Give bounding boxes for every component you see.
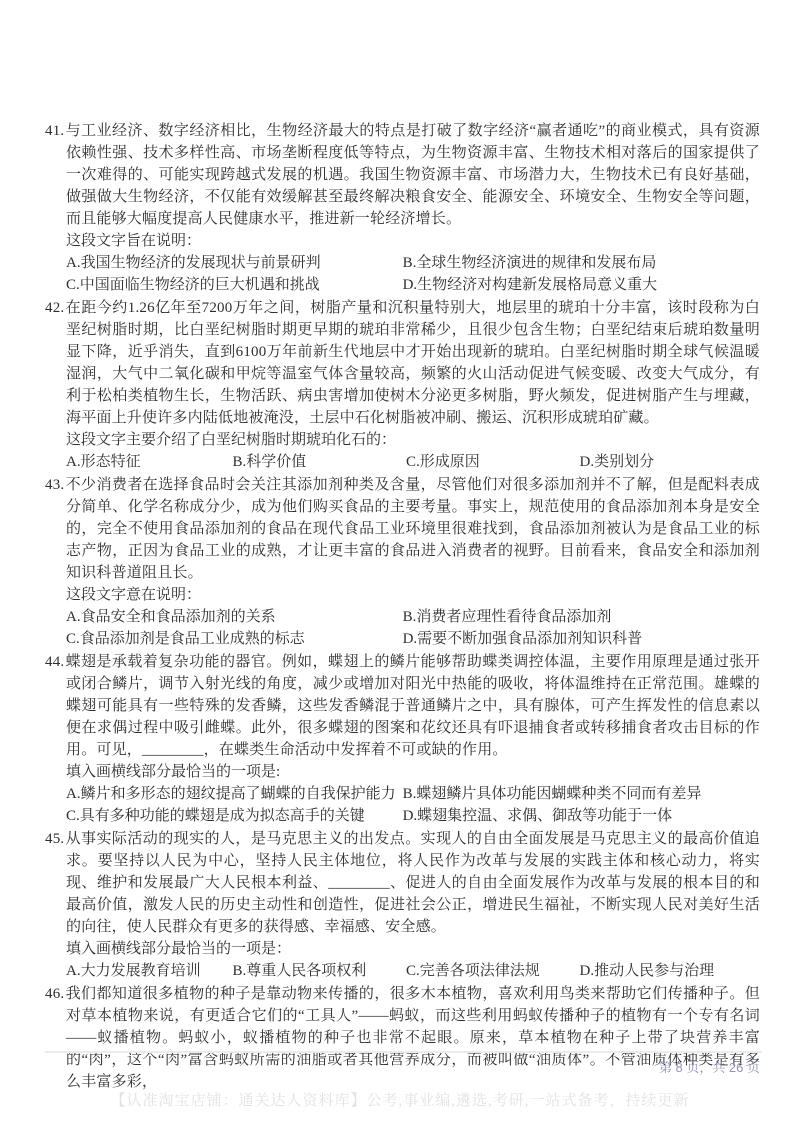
passage-text: 与工业经济、数字经济相比，生物经济最大的特点是打破了数字经济“赢者通吃”的商业模… (65, 123, 760, 227)
exam-page: 41.与工业经济、数字经济相比，生物经济最大的特点是打破了数字经济“赢者通吃”的… (0, 0, 800, 1132)
question-number: 42. (45, 300, 65, 316)
question-passage: 45.从事实际活动的现实的人，是马克思主义的出发点。实现人的自由全面发展是马克思… (45, 828, 760, 938)
option-d: D.类别划分 (580, 451, 760, 473)
option-a: A.食品安全和食品添加剂的关系 (66, 606, 403, 628)
option-d: D.需要不断加强食品添加剂知识科普 (403, 628, 760, 650)
passage-text: 在距今约1.26亿年至7200万年之间，树脂产量和沉积量特别大，地层里的琥珀十分… (65, 300, 760, 426)
options-list: A.鳞片和多形态的翅纹提高了蝴蝶的自我保护能力 B.蝶翅鳞片具体功能因蝴蝶种类不… (45, 783, 760, 827)
footer-divider (45, 1051, 762, 1053)
option-c: C.食品添加剂是食品工业成熟的标志 (66, 628, 403, 650)
question-number: 44. (45, 654, 65, 670)
option-c: C.具有多种功能的蝶翅是成为拟态高手的关键 (66, 805, 403, 827)
passage-text: 蝶翅是承载着复杂功能的器官。例如，蝶翅上的鳞片能够帮助蝶类调控体温，主要作用原理… (65, 654, 760, 758)
option-a: A.形态特征 (66, 451, 233, 473)
question-passage: 44.蝶翅是承载着复杂功能的器官。例如，蝶翅上的鳞片能够帮助蝶类调控体温，主要作… (45, 651, 760, 761)
watermark-text: 【认准淘宝店铺：通关达人资料库】公考,事业编,遴选,考研,一站式备考，持续更新 (0, 1089, 800, 1110)
question-43: 43.不少消费者在选择食品时会关注其添加剂种类及含量，尽管他们对很多添加剂并不了… (45, 474, 760, 650)
question-45: 45.从事实际活动的现实的人，是马克思主义的出发点。实现人的自由全面发展是马克思… (45, 828, 760, 982)
question-42: 42.在距今约1.26亿年至7200万年之间，树脂产量和沉积量特别大，地层里的琥… (45, 297, 760, 473)
page-indicator: 第 8 页，共 26 页 (659, 1059, 760, 1077)
questions-area: 41.与工业经济、数字经济相比，生物经济最大的特点是打破了数字经济“赢者通吃”的… (45, 120, 760, 1094)
question-prompt: 这段文字旨在说明： (45, 230, 760, 252)
question-passage: 43.不少消费者在选择食品时会关注其添加剂种类及含量，尽管他们对很多添加剂并不了… (45, 474, 760, 584)
option-b: B.全球生物经济演进的规律和发展布局 (403, 252, 760, 274)
question-passage: 46.我们都知道很多植物的种子是靠动物来传播的，很多木本植物，喜欢利用鸟类来帮助… (45, 983, 760, 1093)
option-a: A.大力发展教育培训 (66, 960, 233, 982)
question-41: 41.与工业经济、数字经济相比，生物经济最大的特点是打破了数字经济“赢者通吃”的… (45, 120, 760, 296)
options-list: A.食品安全和食品添加剂的关系 B.消费者应理性看待食品添加剂 C.食品添加剂是… (45, 606, 760, 650)
passage-text: 我们都知道很多植物的种子是靠动物来传播的，很多木本植物，喜欢利用鸟类来帮助它们传… (65, 986, 760, 1090)
question-prompt: 这段文字意在说明： (45, 584, 760, 606)
question-number: 46. (45, 986, 65, 1002)
question-number: 43. (45, 477, 65, 493)
option-b: B.科学价值 (233, 451, 407, 473)
option-a: A.鳞片和多形态的翅纹提高了蝴蝶的自我保护能力 (66, 783, 403, 805)
option-d: D.推动人民参与治理 (580, 960, 760, 982)
option-d: D.蝶翅集控温、求偶、御敌等功能于一体 (403, 805, 760, 827)
question-prompt: 填入画横线部分最恰当的一项是: (45, 761, 760, 783)
options-list: A.形态特征 B.科学价值 C.形成原因 D.类别划分 (45, 451, 760, 473)
option-c: C.完善各项法律法规 (406, 960, 580, 982)
question-passage: 42.在距今约1.26亿年至7200万年之间，树脂产量和沉积量特别大，地层里的琥… (45, 297, 760, 429)
options-list: A.大力发展教育培训 B.尊重人民各项权利 C.完善各项法律法规 D.推动人民参… (45, 960, 760, 982)
options-list: A.我国生物经济的发展现状与前景研判 B.全球生物经济演进的规律和发展布局 C.… (45, 252, 760, 296)
question-number: 45. (45, 831, 65, 847)
question-number: 41. (45, 123, 65, 139)
option-d: D.生物经济对构建新发展格局意义重大 (403, 274, 760, 296)
option-c: C.形成原因 (406, 451, 580, 473)
option-b: B.消费者应理性看待食品添加剂 (403, 606, 760, 628)
question-prompt: 这段文字主要介绍了白垩纪树脂时期琥珀化石的： (45, 429, 760, 451)
passage-text: 从事实际活动的现实的人，是马克思主义的出发点。实现人的自由全面发展是马克思主义的… (65, 831, 760, 935)
question-passage: 41.与工业经济、数字经济相比，生物经济最大的特点是打破了数字经济“赢者通吃”的… (45, 120, 760, 230)
option-c: C.中国面临生物经济的巨大机遇和挑战 (66, 274, 403, 296)
option-a: A.我国生物经济的发展现状与前景研判 (66, 252, 403, 274)
question-prompt: 填入画横线部分最恰当的一项是： (45, 938, 760, 960)
passage-text: 不少消费者在选择食品时会关注其添加剂种类及含量，尽管他们对很多添加剂并不了解，但… (65, 477, 760, 581)
option-b: B.蝶翅鳞片具体功能因蝴蝶种类不同而有差异 (403, 783, 760, 805)
option-b: B.尊重人民各项权利 (233, 960, 407, 982)
question-44: 44.蝶翅是承载着复杂功能的器官。例如，蝶翅上的鳞片能够帮助蝶类调控体温，主要作… (45, 651, 760, 827)
question-46: 46.我们都知道很多植物的种子是靠动物来传播的，很多木本植物，喜欢利用鸟类来帮助… (45, 983, 760, 1093)
